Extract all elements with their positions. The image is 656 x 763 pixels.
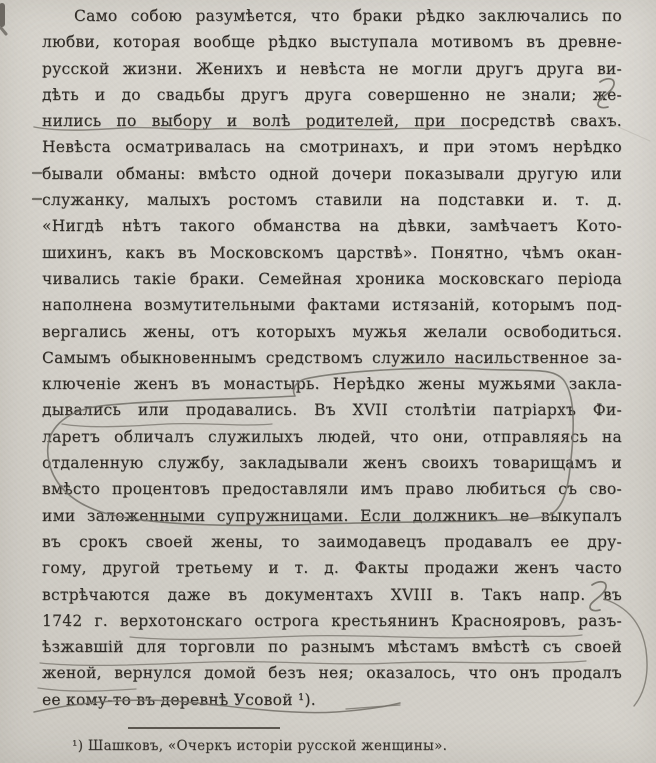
body-text: Само собою разумѣется, что браки рѣдко з… xyxy=(42,3,622,713)
text-line: въ срокъ своей жены, то заимодавецъ прод… xyxy=(42,529,622,555)
text-line: отдаленную службу, закладывали женъ свои… xyxy=(42,450,622,476)
text-line: ими заложенными супружницами. Если должн… xyxy=(42,503,622,529)
text-line: женой, вернулся домой безъ нея; оказалос… xyxy=(42,660,622,686)
text-line: ключеніе женъ въ монастырь. Нерѣдко жены… xyxy=(42,371,622,397)
text-line: дывались или продавались. Въ XVII столѣт… xyxy=(42,397,622,423)
text-line: Самымъ обыкновеннымъ средствомъ служило … xyxy=(42,345,622,371)
text-line: вергались жены, отъ которыхъ мужья желал… xyxy=(42,319,622,345)
text-line: Само собою разумѣется, что браки рѣдко з… xyxy=(42,3,622,29)
text-line: вмѣсто процентовъ предоставляли имъ прав… xyxy=(42,476,622,502)
text-line: встрѣчаются даже въ документахъ XVIII в.… xyxy=(42,582,622,608)
footnote: ¹) Шашковъ, «Очеркъ исторіи русской женщ… xyxy=(72,738,592,754)
text-line: дѣть и до свадьбы другъ друга совершенно… xyxy=(42,82,622,108)
text-line: ее кому-то въ деревнѣ Усовой ¹). xyxy=(42,687,622,713)
text-line: нились по выбору и волѣ родителей, при п… xyxy=(42,108,622,134)
text-line: ларетъ обличалъ служилыхъ людей, что они… xyxy=(42,424,622,450)
scan-edge-mark-top-left-2 xyxy=(1,28,6,34)
text-line: 1742 г. верхотонскаго острога крестьянин… xyxy=(42,608,622,634)
text-line: ѣзжавшій для торговли по разнымъ мѣстамъ… xyxy=(42,634,622,660)
text-line: русской жизни. Женихъ и невѣста не могли… xyxy=(42,56,622,82)
text-line: служанку, малыхъ ростомъ ставили на подс… xyxy=(42,187,622,213)
text-line: наполнена возмутительными фактами истяза… xyxy=(42,292,622,318)
text-line: «Нигдѣ нѣтъ такого обманства на дѣвки, з… xyxy=(42,213,622,239)
text-line: шихинъ, какъ въ Московскомъ царствѣ». По… xyxy=(42,240,622,266)
text-line: бывали обманы: вмѣсто одной дочери показ… xyxy=(42,161,622,187)
text-line: чивались такіе браки. Семейная хроника м… xyxy=(42,266,622,292)
text-line: любви, которая вообще рѣдко выступала мо… xyxy=(42,29,622,55)
book-page: Само собою разумѣется, что браки рѣдко з… xyxy=(0,0,656,763)
text-line: Невѣста осматривалась на смотринахъ, и п… xyxy=(42,134,622,160)
footnote-separator xyxy=(128,727,280,729)
text-line: гому, другой третьему и т. д. Факты прод… xyxy=(42,555,622,581)
